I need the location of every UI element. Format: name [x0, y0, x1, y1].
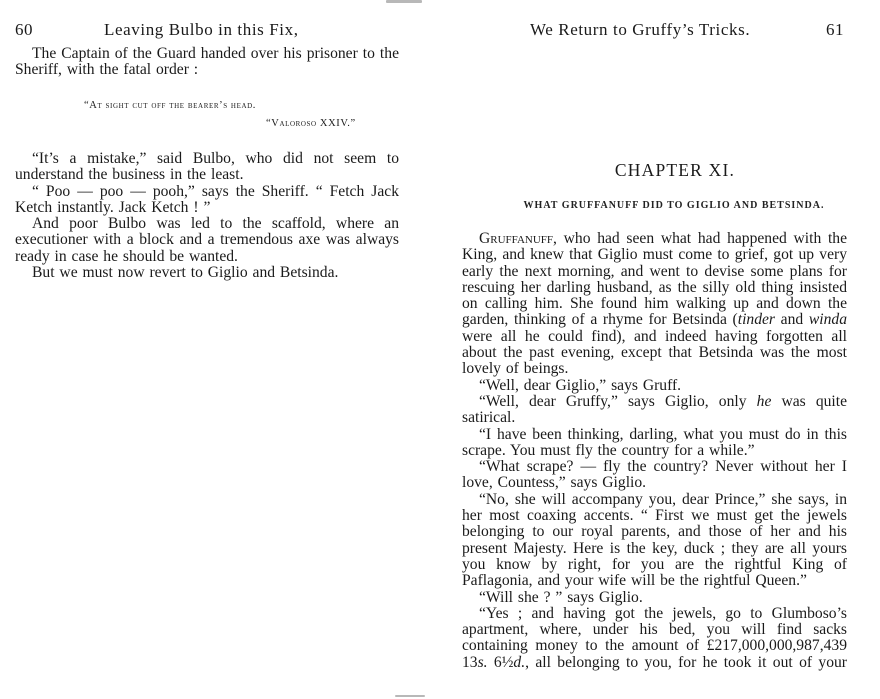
right-page: We Return to Gruffy’s Tricks. 61 CHAPTER…	[440, 0, 880, 699]
name-small-caps: Gruffanuff	[479, 230, 553, 247]
paragraph: “Yes ; and having got the jewels, go to …	[462, 606, 847, 671]
paragraph: “ Poo — poo — pooh,” says the Sheriff. “…	[15, 184, 399, 217]
left-page: 60 Leaving Bulbo in this Fix, The Captai…	[0, 0, 440, 699]
running-head-right: We Return to Gruffy’s Tricks.	[530, 20, 750, 40]
royal-order-line: “At sight cut off the bearer’s head.	[84, 100, 256, 111]
page-number-left: 60	[15, 20, 33, 40]
paragraph: But we must now revert to Giglio and Bet…	[15, 265, 399, 281]
paragraph: “I have been thinking, darling, what you…	[462, 427, 847, 460]
royal-order-signature: “Valoroso XXIV.”	[266, 118, 356, 129]
italic-word: tinder	[738, 311, 775, 328]
italic-word: he	[757, 393, 772, 410]
paragraph: “Well, dear Gruffy,” says Giglio, only h…	[462, 394, 847, 427]
paragraph: “No, she will accompany you, dear Prince…	[462, 492, 847, 590]
page-number-right: 61	[826, 20, 844, 40]
right-body-text: Gruffanuff, who had seen what had happen…	[462, 231, 847, 671]
paragraph: And poor Bulbo was led to the scaffold, …	[15, 216, 399, 265]
paragraph: “Well, dear Giglio,” says Gruff.	[462, 378, 847, 394]
left-body-text: “It’s a mistake,” said Bulbo, who did no…	[15, 151, 399, 281]
paragraph: The Captain of the Guard handed over his…	[15, 46, 399, 79]
paragraph: “It’s a mistake,” said Bulbo, who did no…	[15, 151, 399, 184]
chapter-title: CHAPTER XI.	[440, 160, 880, 181]
chapter-subtitle: WHAT GRUFFANUFF DID TO GIGLIO AND BETSIN…	[440, 200, 880, 211]
paragraph: Gruffanuff, who had seen what had happen…	[462, 231, 847, 378]
opening-paragraph: The Captain of the Guard handed over his…	[15, 46, 399, 79]
paragraph: “What scrape? — fly the country? Never w…	[462, 459, 847, 492]
running-head-left: Leaving Bulbo in this Fix,	[104, 20, 299, 40]
paragraph: “Will she ? ” says Giglio.	[462, 590, 847, 606]
italic-word: winda	[809, 311, 847, 328]
